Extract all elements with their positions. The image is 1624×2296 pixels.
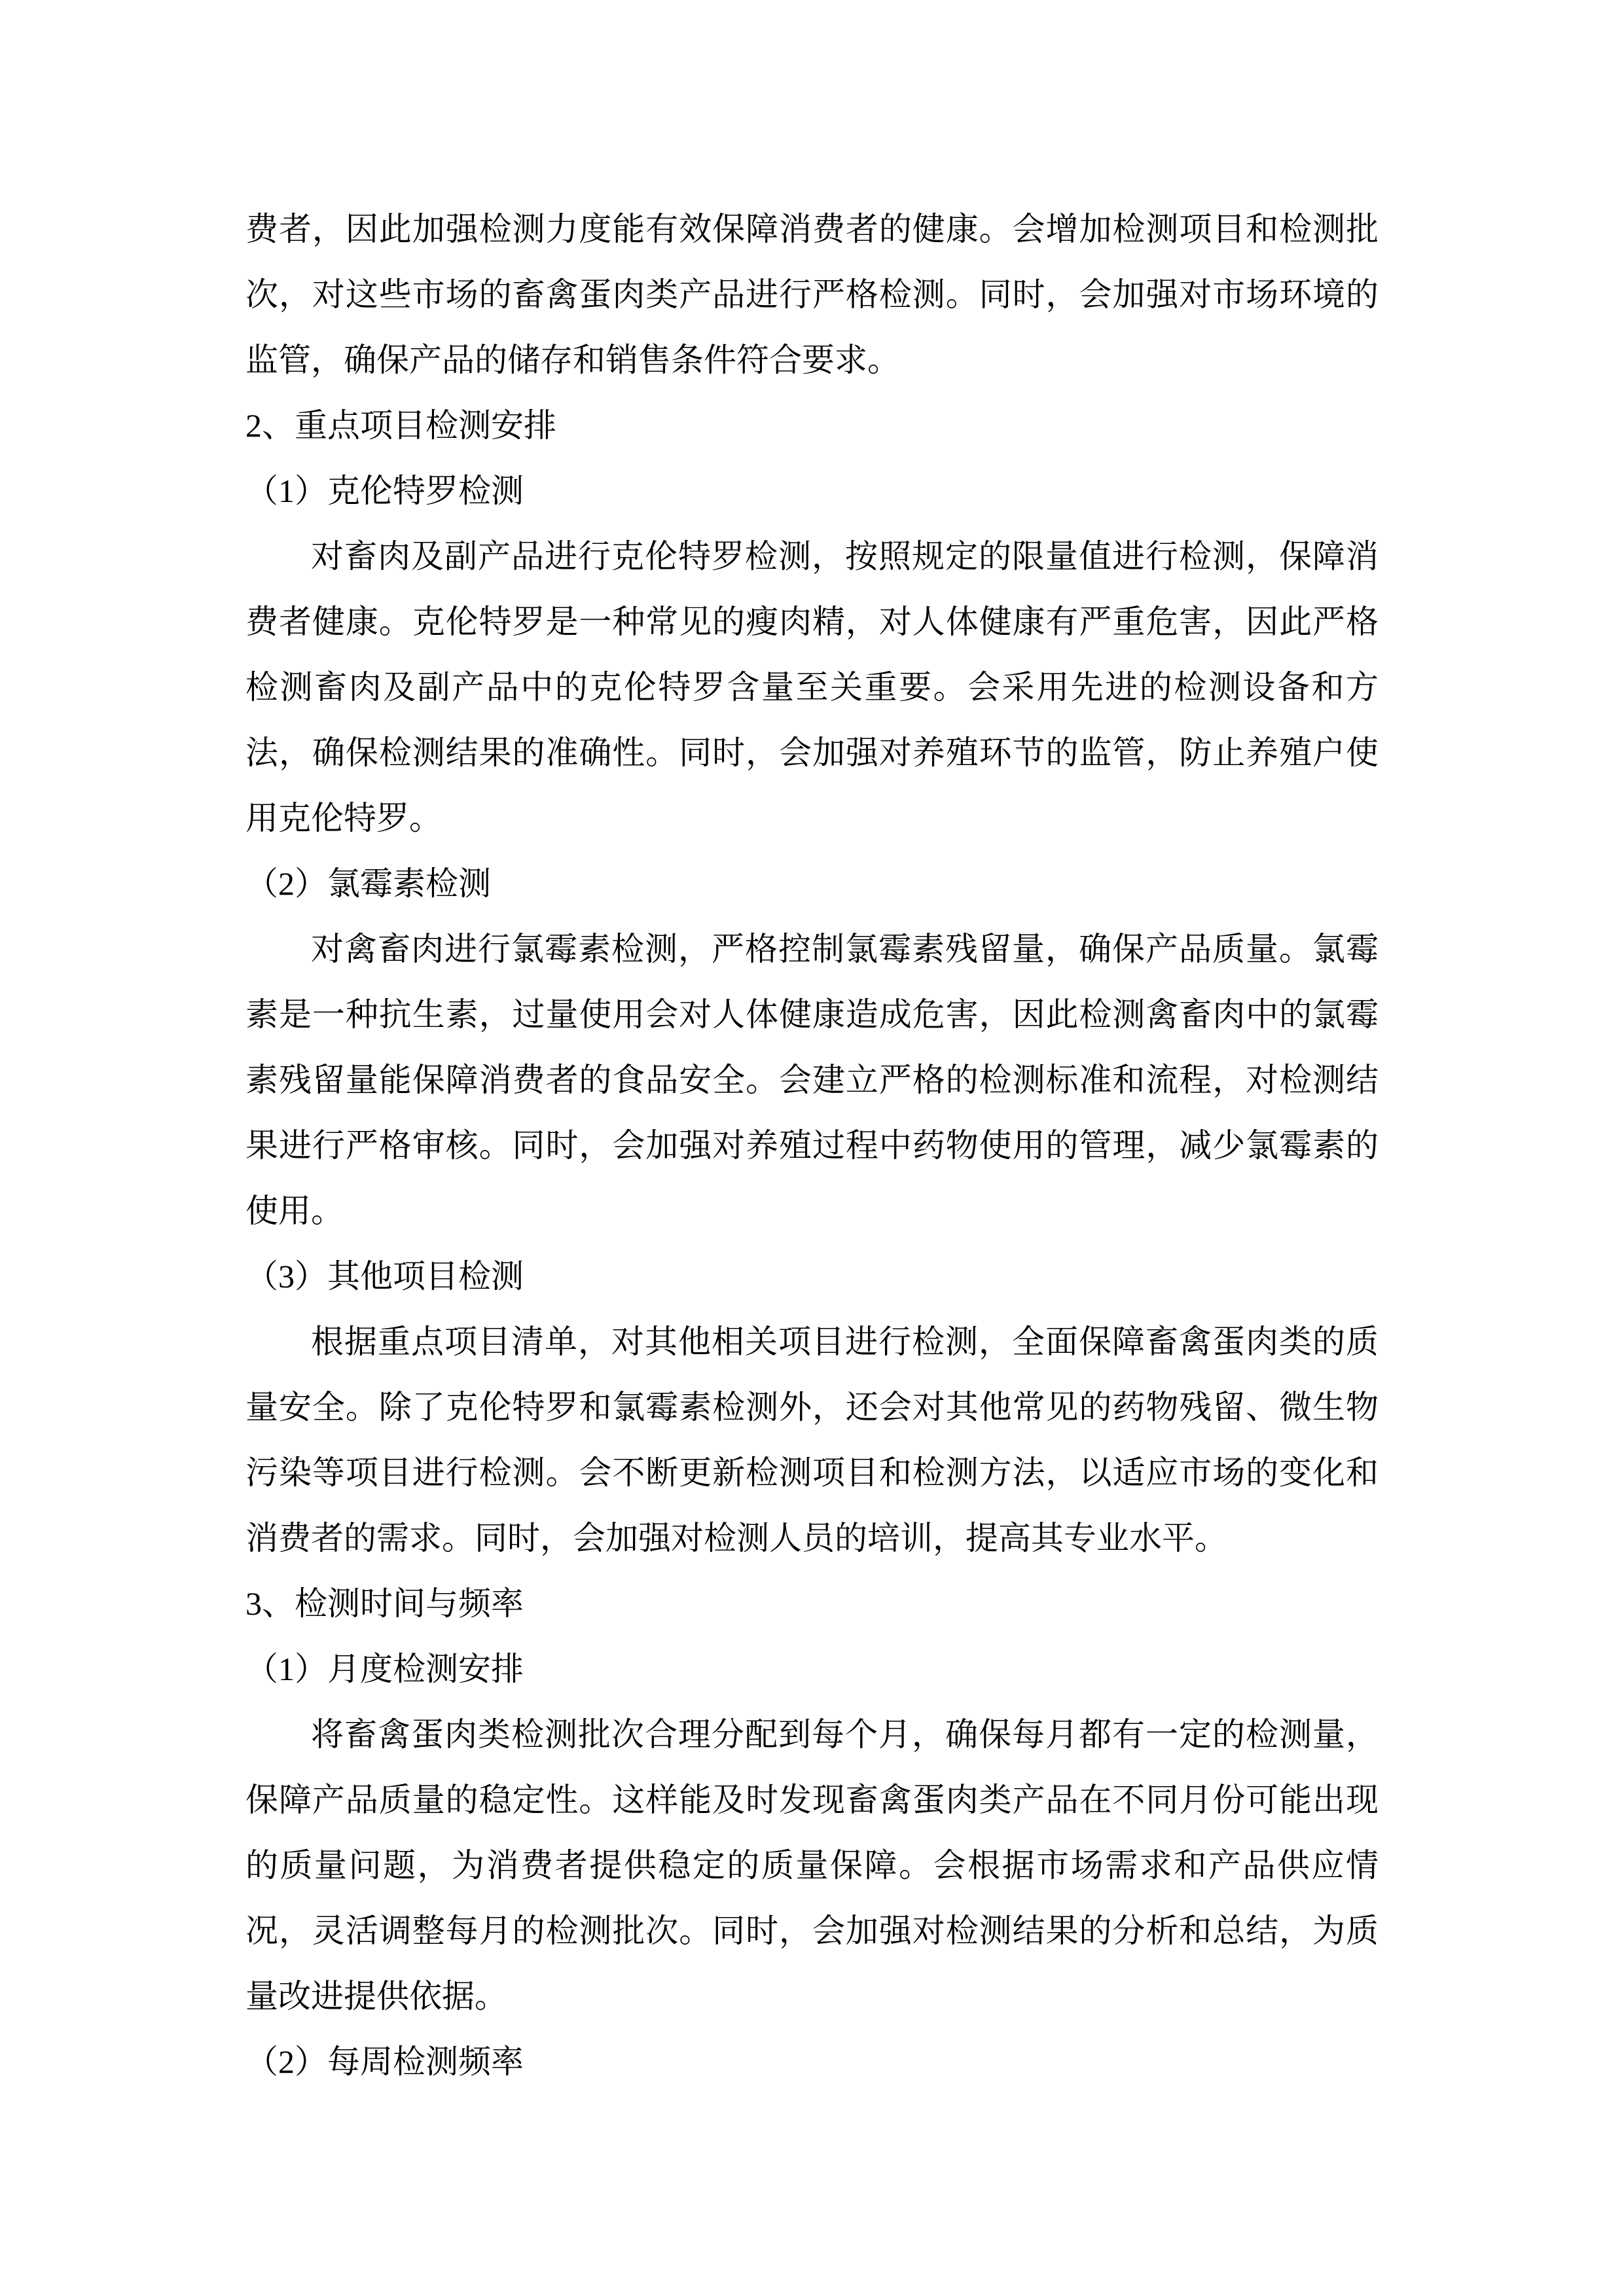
sub-heading: （3）其他项目检测: [245, 1244, 1379, 1309]
section-heading: 3、检测时间与频率: [245, 1571, 1379, 1636]
body-paragraph: 对畜肉及副产品进行克伦特罗检测，按照规定的限量值进行检测，保障消费者健康。克伦特…: [245, 524, 1379, 851]
document-page: 费者，因此加强检测力度能有效保障消费者的健康。会增加检测项目和检测批次，对这些市…: [0, 0, 1624, 2296]
sub-heading: （1）月度检测安排: [245, 1636, 1379, 1702]
sub-heading: （1）克伦特罗检测: [245, 458, 1379, 524]
section-heading: 2、重点项目检测安排: [245, 393, 1379, 458]
text-content: 费者，因此加强检测力度能有效保障消费者的健康。会增加检测项目和检测批次，对这些市…: [245, 196, 1379, 2094]
body-paragraph: 根据重点项目清单，对其他相关项目进行检测，全面保障畜禽蛋肉类的质量安全。除了克伦…: [245, 1309, 1379, 1571]
body-paragraph: 费者，因此加强检测力度能有效保障消费者的健康。会增加检测项目和检测批次，对这些市…: [245, 196, 1379, 393]
sub-heading: （2）氯霉素检测: [245, 851, 1379, 916]
body-paragraph: 将畜禽蛋肉类检测批次合理分配到每个月，确保每月都有一定的检测量，保障产品质量的稳…: [245, 1702, 1379, 2029]
body-paragraph: 对禽畜肉进行氯霉素检测，严格控制氯霉素残留量，确保产品质量。氯霉素是一种抗生素，…: [245, 916, 1379, 1244]
sub-heading: （2）每周检测频率: [245, 2029, 1379, 2094]
